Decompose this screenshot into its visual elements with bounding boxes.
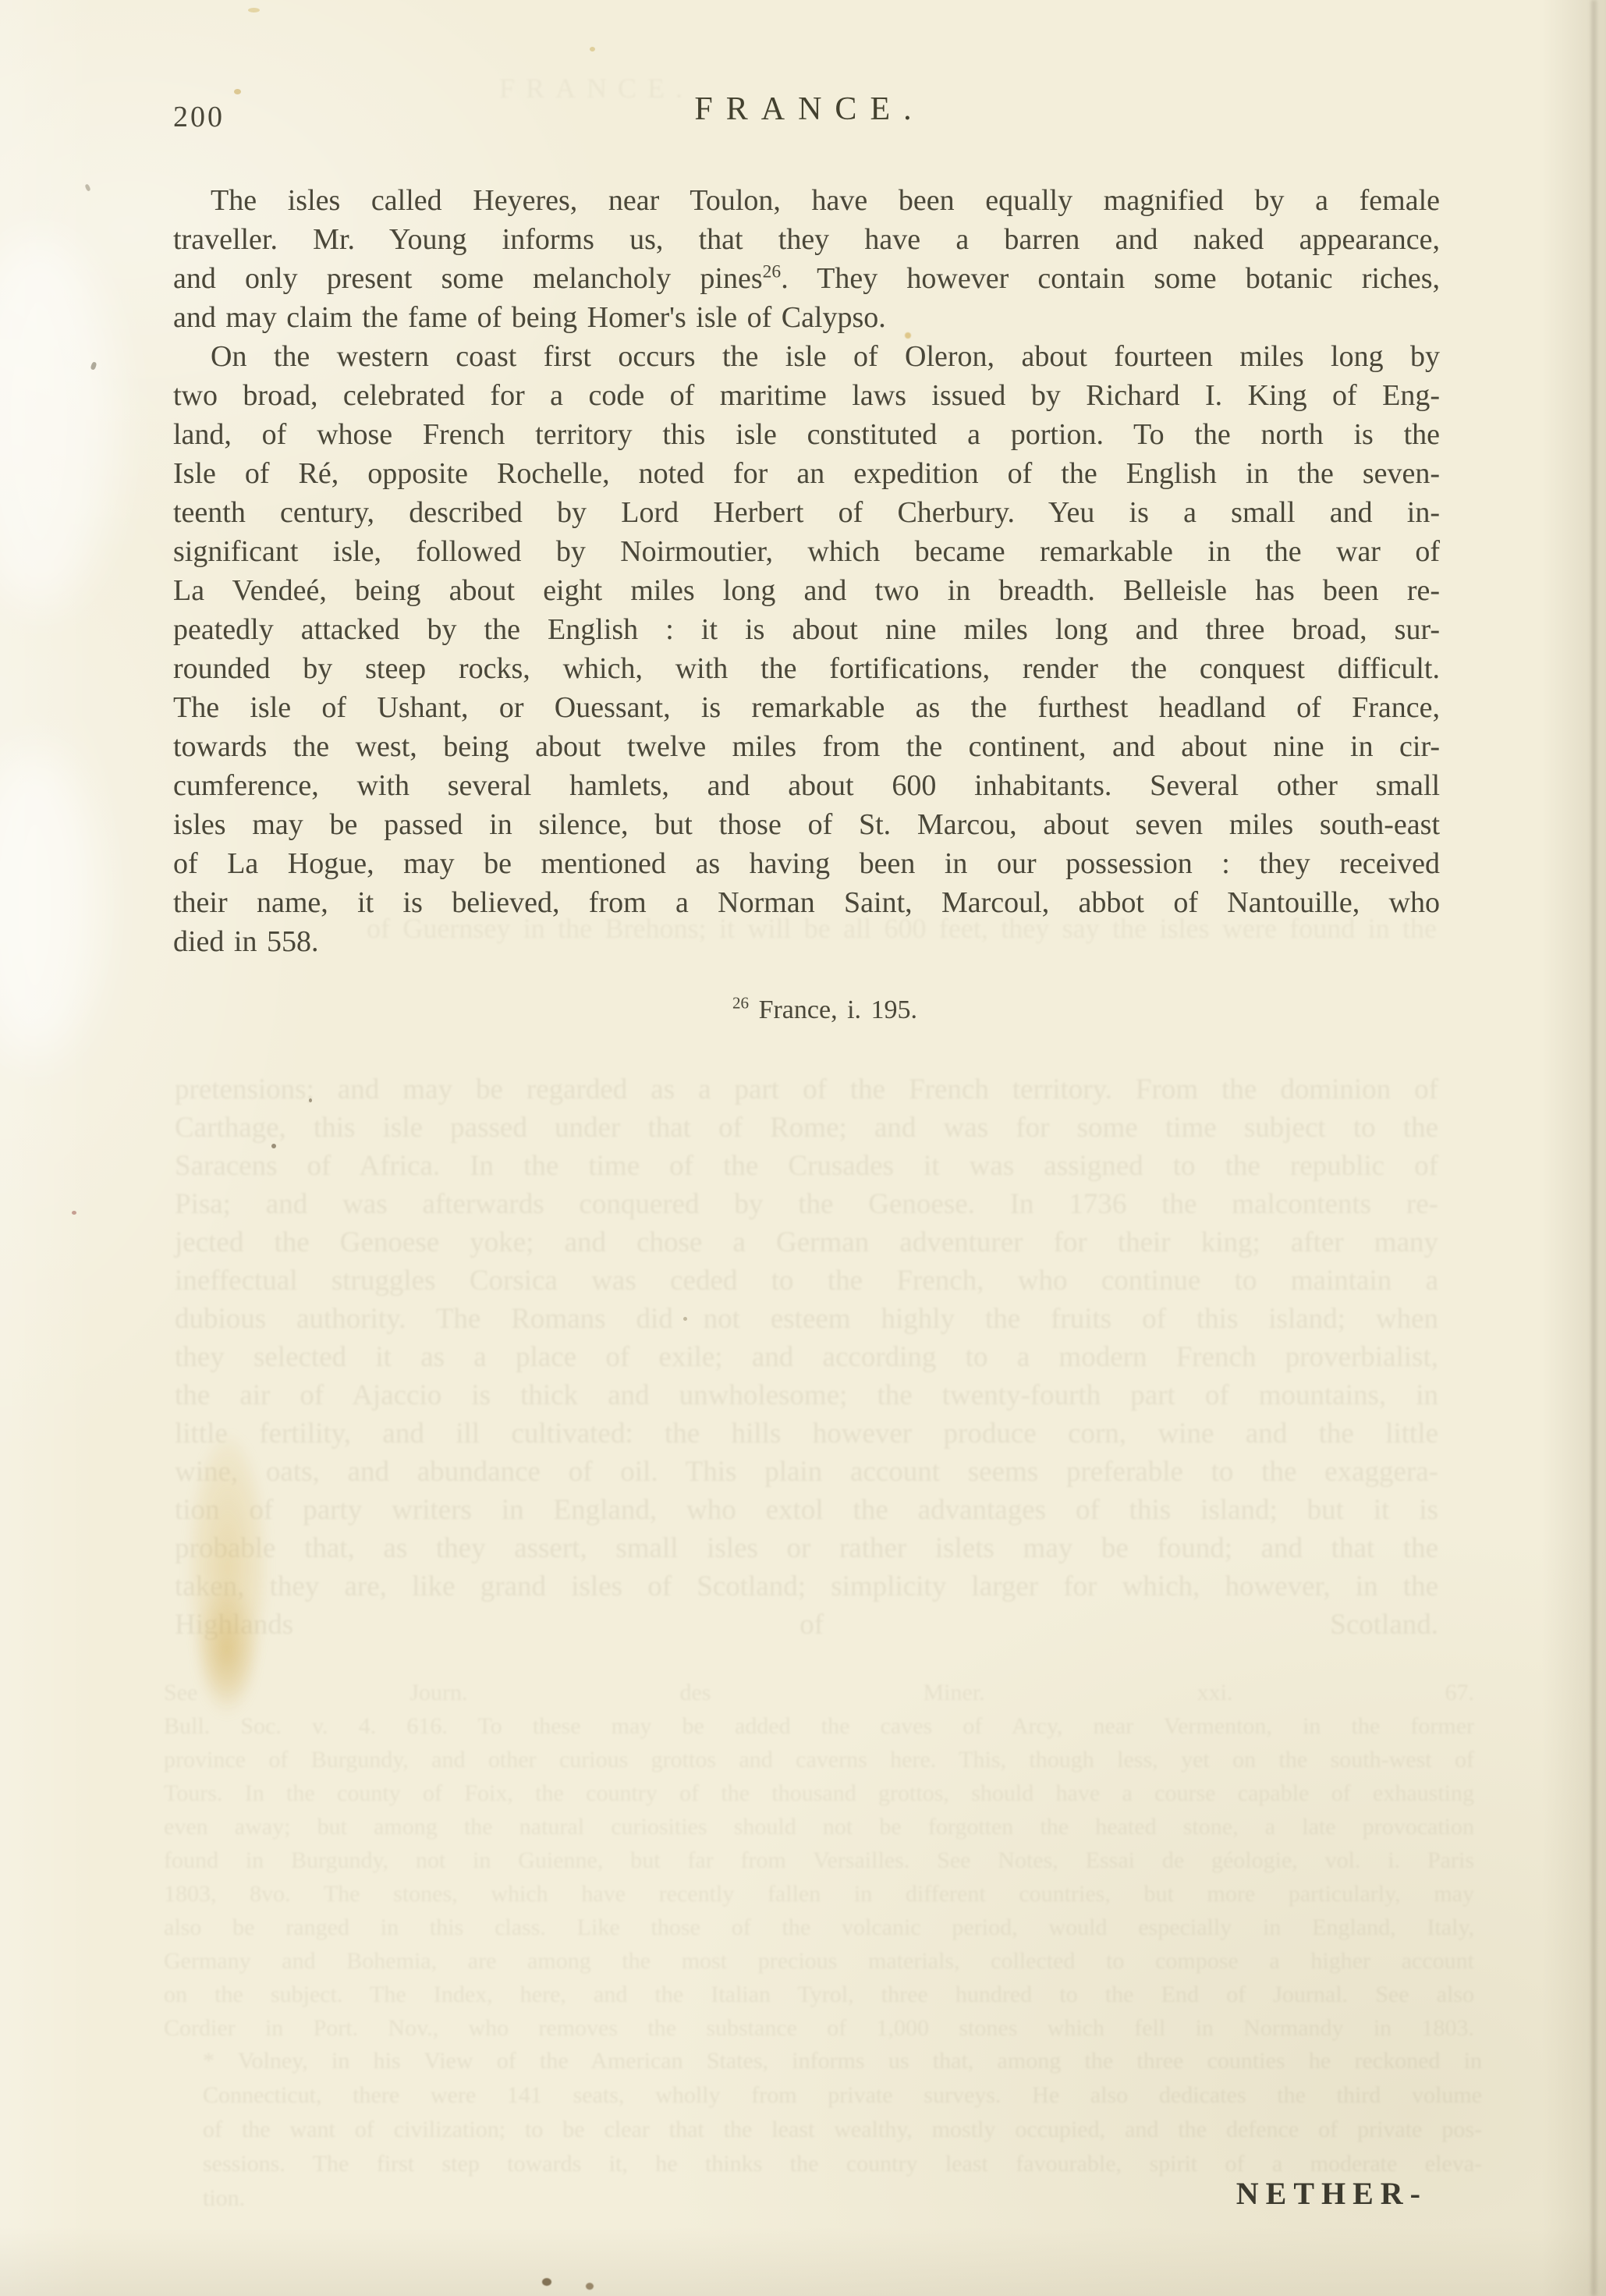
paper-speck [248,8,260,12]
stain [189,1435,267,1701]
text-line: traveller. Mr. Young informs us, that th… [173,220,1440,259]
book-page-scan: FRANCE.of Guernsey in the Brehons; it wi… [0,0,1606,2296]
text-line: their name, it is believed, from a Norma… [173,883,1440,922]
text-line: La Vendeé, being about eight miles long … [173,571,1440,610]
paragraph: The isles called Heyeres, near Toulon, h… [173,181,1440,337]
text-line: isles may be passed in silence, but thos… [173,805,1440,844]
text-line: rounded by steep rocks, which, with the … [173,649,1440,688]
running-head: FRANCE. [0,90,1606,128]
text-line: On the western coast first occurs the is… [173,337,1440,376]
text-line: The isles called Heyeres, near Toulon, h… [173,181,1440,220]
paper-speck [72,1211,76,1215]
text-line: two broad, celebrated for a code of mari… [173,376,1440,415]
text-line: Isle of Ré, opposite Rochelle, noted for… [173,454,1440,493]
text-line: land, of whose French territory this isl… [173,415,1440,454]
paper-speck [84,183,90,191]
text-line: peatedly attacked by the English : it is… [173,610,1440,649]
text-line: The isle of Ushant, or Ouessant, is rema… [173,688,1440,727]
paper-speck [683,1317,687,1321]
text-line: and only present some melancholy pines26… [173,259,1440,298]
body-text: The isles called Heyeres, near Toulon, h… [173,181,1440,961]
text-line: towards the west, being about twelve mil… [173,727,1440,766]
showthrough-text: pretensions; and may be regarded as a pa… [175,1070,1438,1644]
showthrough-text: See Journ. des Miner. xxi. 67.Bull. Soc.… [164,1676,1474,2045]
paragraph: On the western coast first occurs the is… [173,337,1440,961]
text-line: teenth century, described by Lord Herber… [173,493,1440,532]
text-line: and may claim the fame of being Homer's … [173,298,1440,337]
paper-speck [586,2283,594,2290]
footnote: 26 France, i. 195. [0,995,1606,1025]
paper-speck [542,2278,551,2286]
paper-speck [271,1144,276,1148]
text-line: died in 558. [173,922,1440,961]
paper-speck [590,47,595,51]
text-line: significant isle, followed by Noirmoutie… [173,532,1440,571]
paper-speck [309,1098,312,1102]
paper-highlight [0,234,117,609]
page-edge-shadow [1591,0,1597,2296]
text-line: cumference, with several hamlets, and ab… [173,766,1440,805]
stain [195,1584,259,1716]
catchword: NETHER- [1236,2175,1427,2212]
text-line: of La Hogue, may be mentioned as having … [173,844,1440,883]
